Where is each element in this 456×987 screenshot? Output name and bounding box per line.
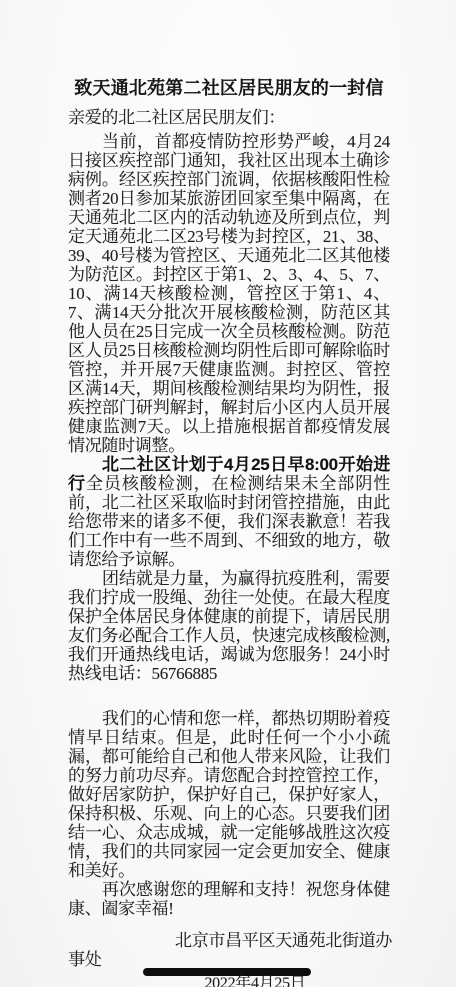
letter-document-page: 致天通北苑第二社区居民朋友的一封信 亲爱的北二社区居民朋友们： 当前，首都疫情防… xyxy=(0,0,456,987)
paragraph-epidemic-situation: 当前，首都疫情防控形势严峻，4月24日接区疾控部门通知，我社区出现本土确诊病例。… xyxy=(68,132,390,455)
signature-line-2: 事处 xyxy=(68,950,390,969)
paragraph-testing-plan-rest: 全员核酸检测，在检测结果未全部阴性前，北二社区采取临时封闭管控措施，由此给您带来… xyxy=(68,474,390,569)
paragraph-testing-plan: 北二社区计划于4月25日早8:00开始进行全员核酸检测，在检测结果未全部阴性前，… xyxy=(68,455,390,569)
salutation: 亲爱的北二社区居民朋友们： xyxy=(68,108,390,127)
letter-date: 2022年4月25日 xyxy=(190,974,320,987)
letter-content: 致天通北苑第二社区居民朋友的一封信 亲爱的北二社区居民朋友们： 当前，首都疫情防… xyxy=(0,0,456,969)
paragraph-thanks: 再次感谢您的理解和支持！祝您身体健康、阖家幸福! xyxy=(68,880,390,918)
paragraph-unity-hotline: 团结就是力量，为赢得抗疫胜利，需要我们拧成一股绳、劲往一处使。在最大程度保护全体… xyxy=(68,569,390,683)
signature-line-1: 北京市昌平区天通苑北街道办 xyxy=(68,931,390,950)
paragraph-cooperation: 我们的心情和您一样，都热切期盼着疫情早日结束。但是，此时任何一个小小疏漏，都可能… xyxy=(68,709,390,880)
letter-title: 致天通北苑第二社区居民朋友的一封信 xyxy=(68,74,390,102)
